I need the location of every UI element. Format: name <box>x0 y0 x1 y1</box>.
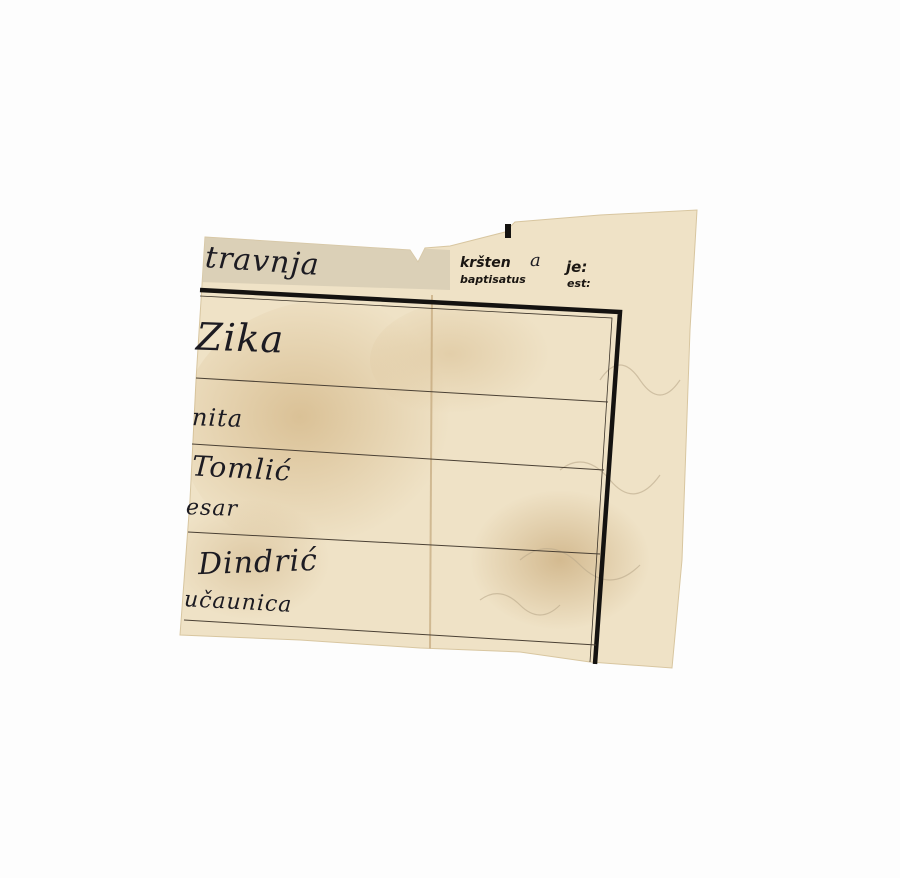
label-je: je: <box>566 258 587 276</box>
entry-occupation: esar <box>186 495 239 522</box>
label-baptisatus: baptisatus <box>460 273 526 286</box>
label-krsten: kršten <box>460 255 511 271</box>
entry-surname: Tomlić <box>191 449 292 487</box>
entry-text: nita <box>192 403 244 433</box>
entry-surname: Dindrić <box>197 543 318 582</box>
handwritten-gender-suffix: a <box>530 250 542 271</box>
scanned-document <box>0 0 900 878</box>
entry-name: Zika <box>195 314 285 361</box>
label-est: est: <box>567 277 591 290</box>
